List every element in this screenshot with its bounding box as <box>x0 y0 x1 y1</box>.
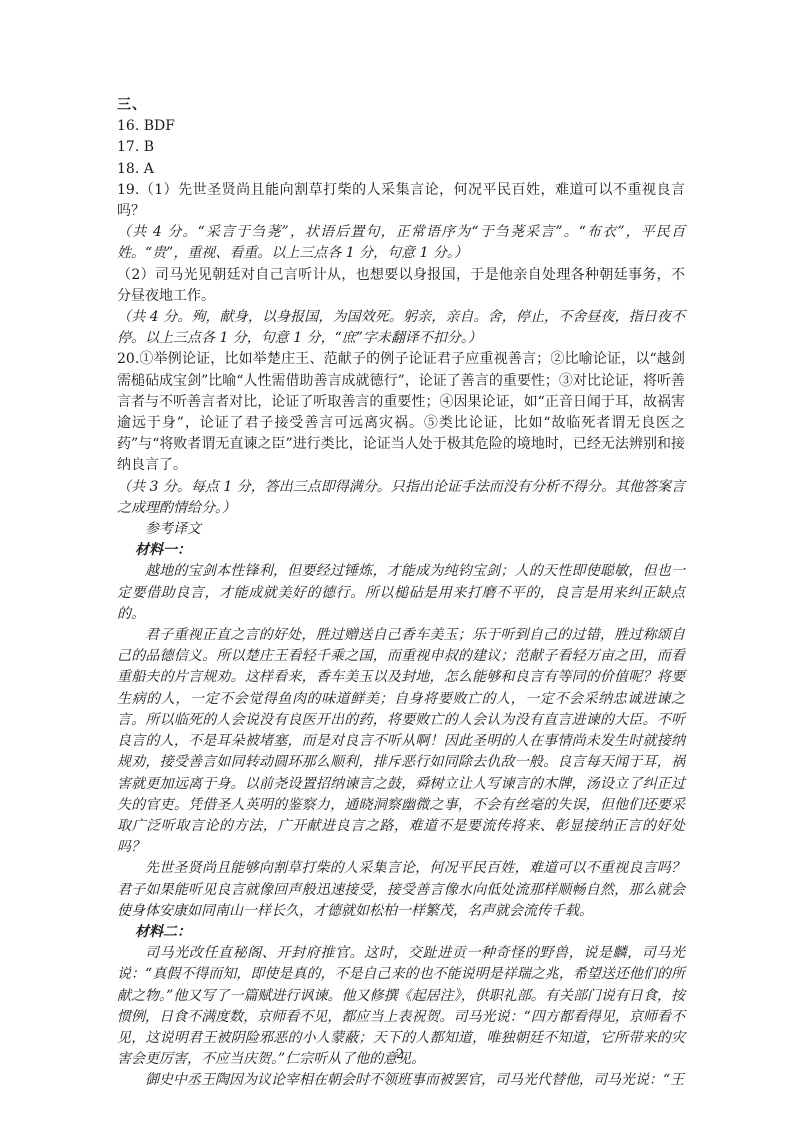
material-1-paragraph: 越地的宝剑本性锋利，但要经过锤炼，才能成为纯钧宝剑；人的天性即使聪敏，但也一定要… <box>117 561 685 625</box>
section-heading: 三、 <box>117 95 685 116</box>
answer-20: 20.①举例论证，比如举楚庄王、范献子的例子论证君子应重视善言；②比喻论证，以“… <box>117 349 685 476</box>
reference-translation-title: 参考译文 <box>117 519 685 540</box>
answer-17: 17. B <box>117 137 685 158</box>
page-number: 2 <box>0 1046 800 1064</box>
material-1-paragraph: 君子重视正直之言的好处，胜过赠送自己香车美玉；乐于听到自己的过错，胜过称颂自己的… <box>117 625 685 858</box>
answer-20-scoring-note: （共 3 分。每点 1 分，答出三点即得满分。只指出论证手法而没有分析不得分。其… <box>117 477 685 519</box>
answer-18: 18. A <box>117 159 685 180</box>
answer-16: 16. BDF <box>117 116 685 137</box>
answer-19-part1-scoring-note: （共 4 分。“采言于刍荛”，状语后置句，正常语序为“于刍荛采言”。“布衣”，平… <box>117 222 685 264</box>
material-1-paragraph: 先世圣贤尚且能够向割草打柴的人采集言论，何况平民百姓，难道可以不重视良言吗？君子… <box>117 858 685 922</box>
answer-19-part1: 19.（1）先世圣贤尚且能向割草打柴的人采集言论，何况平民百姓，难道可以不重视良… <box>117 180 685 222</box>
answer-19-part2-scoring-note: （共 4 分。殉，献身，以身报国，为国效死。躬亲，亲自。舍，停止，不舍昼夜，指日… <box>117 307 685 349</box>
material-2-label: 材料二： <box>117 922 685 943</box>
material-2-paragraph: 御史中丞王陶因为议论宰相在朝会时不领班事而被罢官，司马光代替他，司马光说：“王 <box>117 1070 685 1091</box>
answer-sheet-page: 三、 16. BDF 17. B 18. A 19.（1）先世圣贤尚且能向割草打… <box>117 95 685 1092</box>
material-1-label: 材料一： <box>117 540 685 561</box>
answer-19-part2: （2）司马光见朝廷对自己言听计从，也想要以身报国，于是他亲自处理各种朝廷事务，不… <box>117 265 685 307</box>
